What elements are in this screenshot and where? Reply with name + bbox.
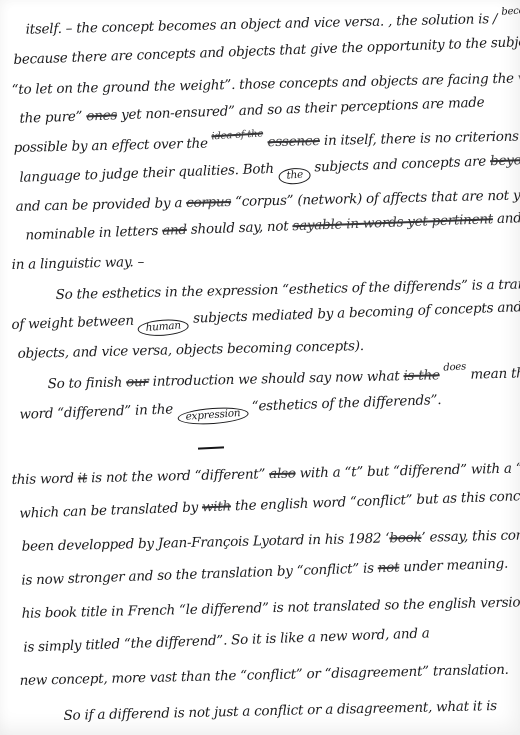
handwriting-text-segment: mean the bbox=[466, 365, 520, 382]
handwriting-text-segment: and bbox=[493, 210, 520, 227]
crossed-out-word: and bbox=[162, 222, 187, 239]
manuscript-page: itself. – the concept becomes an object … bbox=[0, 0, 520, 735]
crossed-out-word: corpus bbox=[186, 194, 231, 211]
handwriting-text-segment: nominable in letters bbox=[25, 223, 162, 244]
handwriting-text-segment: the english word “conflict” but as this … bbox=[231, 486, 520, 514]
handwriting-text-segment: should say, not bbox=[187, 218, 293, 238]
crossed-out-word: also bbox=[269, 466, 296, 483]
paragraph-block: So if a differend is not just a conflict… bbox=[12, 701, 514, 735]
handwriting-text-segment: introduction we should say now what bbox=[148, 368, 403, 390]
handwriting-text-segment: in itself, there is no criterions inside… bbox=[320, 127, 520, 149]
crossed-out-word: ones bbox=[86, 107, 117, 124]
paragraph-block: this word it is not the word “different”… bbox=[12, 464, 514, 699]
handwriting-text-segment: in a linguistic way. – bbox=[11, 254, 144, 273]
crossed-out-word: sayable in words yet pertinent bbox=[292, 211, 493, 234]
handwriting-text-segment: this word bbox=[11, 471, 78, 488]
crossed-out-word: is the bbox=[403, 367, 440, 384]
handwriting-text-segment: So to finish bbox=[47, 374, 126, 392]
handwriting-text-segment: which can be translated by bbox=[19, 499, 202, 521]
handwriting-text-segment: is simply titled “the differend”. So it … bbox=[23, 625, 430, 655]
section-break-dash bbox=[198, 446, 224, 449]
handwriting-text-segment: ’ essay, this concept bbox=[421, 527, 520, 546]
handwriting-text-segment: been developped by Jean-François Lyotard… bbox=[21, 530, 389, 554]
crossed-out-word: book bbox=[389, 530, 421, 547]
crossed-out-word: not bbox=[377, 559, 399, 576]
paragraph-block: So to finish our introduction we should … bbox=[12, 371, 514, 430]
crossed-out-word: beyond bbox=[490, 152, 520, 170]
interlinear-insertion-word: becoming bbox=[500, 0, 520, 27]
crossed-out-word: our bbox=[126, 374, 149, 391]
circled-insertion-word: human bbox=[138, 318, 190, 338]
circled-insertion-word: expression bbox=[177, 406, 249, 427]
crossed-out-word: essence bbox=[267, 133, 320, 150]
handwriting-text-segment: yet non-ensured” and so as their percept… bbox=[117, 94, 485, 123]
handwriting-text-segment: and can be provided by a bbox=[15, 195, 186, 215]
crossed-out-word: it bbox=[78, 470, 88, 486]
crossed-out-word: with bbox=[202, 498, 232, 515]
interlinear-insertion-word: does bbox=[443, 352, 467, 382]
paragraph-block: So the esthetics in the expression “esth… bbox=[12, 282, 514, 369]
paragraph-block: itself. – the concept becomes an object … bbox=[12, 16, 514, 280]
handwriting-text-segment: subjects and concepts are bbox=[310, 153, 490, 175]
handwriting-text-segment: is now stronger and so the translation b… bbox=[21, 560, 378, 588]
handwriting-text-segment: possible by an effect over the bbox=[13, 135, 211, 155]
handwriting-text-segment: is not the word “different” bbox=[87, 466, 270, 486]
manuscript-body: itself. – the concept becomes an object … bbox=[12, 16, 514, 734]
handwriting-text-segment: with a “t” but “differend” with a “d” bbox=[295, 460, 520, 481]
handwriting-text-segment: objects, and vice versa, objects becomin… bbox=[17, 338, 364, 362]
crossed-out-insertion-word: idea of the bbox=[211, 119, 264, 151]
handwriting-text-segment: new concept, more vast than the “conflic… bbox=[19, 662, 508, 689]
handwriting-text-segment: under meaning. bbox=[399, 555, 508, 575]
handwriting-text-segment: word “differend” in the bbox=[19, 401, 177, 422]
handwriting-text-segment: of weight between bbox=[11, 313, 138, 333]
handwriting-text-segment: language to judge their qualities. Both bbox=[19, 161, 278, 186]
handwriting-text-segment: “esthetics of the differends”. bbox=[247, 392, 441, 415]
handwriting-text-segment: the pure” bbox=[19, 108, 86, 126]
handwriting-text-segment: So if a differend is not just a conflict… bbox=[63, 697, 497, 723]
circled-insertion-word: the bbox=[278, 167, 311, 185]
